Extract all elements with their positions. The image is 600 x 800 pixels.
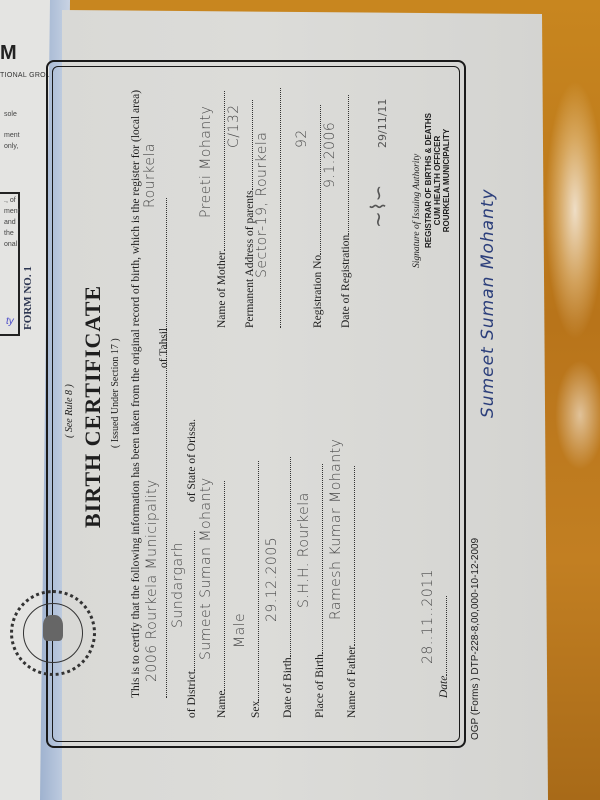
- authority-line: CUM HEALTH OFFICER: [433, 113, 442, 248]
- address-value-line2: Sector-19, Rourkela: [254, 132, 270, 278]
- father-label: Name of Father: [346, 466, 358, 718]
- signature-label: Signature of Issuing Authority: [412, 154, 422, 268]
- issue-date-value: 28..11..2011: [420, 569, 436, 664]
- background-text: ment: [4, 131, 20, 140]
- certificate-title: BIRTH CERTIFICATE: [80, 285, 106, 528]
- sex-label: Sex: [250, 461, 262, 718]
- district-value: Sundargarh: [170, 542, 186, 628]
- official-seal: [10, 590, 96, 676]
- registration-no-value: 92: [294, 129, 310, 148]
- place-of-birth-label: Place of Birth: [314, 464, 326, 718]
- background-text: only,: [4, 142, 18, 151]
- dob-label: Date of Birth: [282, 457, 294, 718]
- address-value-line1: C/132: [226, 104, 242, 148]
- name-label-text: Name: [216, 691, 228, 718]
- see-rule: ( See Rule 8 ): [64, 384, 75, 438]
- sex-label-text: Sex: [250, 701, 262, 718]
- table-glare: [555, 360, 600, 470]
- background-text: ment: [4, 207, 20, 216]
- certify-statement: This is to certify that the following in…: [130, 90, 142, 698]
- form-footer-code: OGP (Forms ) DTP-228-8,00,000-10-12-2009: [470, 538, 481, 740]
- issued-under: ( Issued Under Section 17 ): [110, 338, 121, 448]
- form-number-label: FORM NO. 1: [22, 266, 34, 330]
- place-of-birth-label-text: Place of Birth: [314, 654, 326, 718]
- background-text: the: [4, 229, 14, 238]
- background-logo-subtitle: TIONAL GROU: [0, 72, 51, 79]
- father-label-text: Name of Father: [346, 646, 358, 718]
- background-logo: M: [0, 42, 17, 65]
- mother-value: Preeti Mohanty: [198, 106, 214, 218]
- place-of-birth-value: S.H.H. Rourkela: [296, 492, 312, 608]
- local-area-value: 2006 Rourkela Municipality: [144, 479, 160, 682]
- background-text: ., of: [4, 196, 16, 205]
- registration-no-label-text: Registration No: [312, 255, 324, 328]
- background-text: sole: [4, 110, 17, 119]
- tahsil-label: of Tahsil: [158, 328, 170, 368]
- issuer-signature: ~⌇∽: [366, 185, 390, 228]
- name-label: Name: [216, 481, 228, 718]
- issue-date-label-text: Date: [438, 676, 450, 698]
- district-label: of District: [186, 531, 198, 718]
- mother-label-text: Name of Mother: [216, 251, 228, 328]
- background-handwriting: ty: [6, 316, 14, 327]
- registration-date-label-text: Date of Registration: [340, 235, 352, 328]
- authority-line: ROURKELA MUNICIPALITY: [442, 113, 451, 248]
- owner-signature: Sumeet Suman Mohanty: [478, 188, 498, 418]
- table-glare: [545, 80, 600, 340]
- authority-stamp: REGISTRAR OF BIRTHS & DEATHS CUM HEALTH …: [424, 113, 451, 248]
- district-label-text: of District: [186, 671, 198, 718]
- sex-value: Male: [232, 613, 248, 648]
- background-text: and: [4, 218, 16, 227]
- authority-line: REGISTRAR OF BIRTHS & DEATHS: [424, 113, 433, 248]
- state-label: of State of Orissa.: [186, 419, 198, 502]
- registration-date-label: Date of Registration: [340, 95, 352, 328]
- father-value: Ramesh Kumar Mohanty: [328, 439, 344, 620]
- signature-date: 29/11/11: [376, 99, 389, 148]
- name-value: Sumeet Suman Mohanty: [198, 477, 214, 660]
- address-line2: [272, 88, 284, 328]
- national-emblem-icon: [43, 615, 63, 641]
- background-text: onal: [4, 240, 17, 249]
- dob-label-text: Date of Birth: [282, 657, 294, 718]
- issue-date-label: Date: [438, 596, 450, 698]
- birth-certificate: ( See Rule 8 ) BIRTH CERTIFICATE ( Issue…: [46, 58, 476, 748]
- registration-date-value: 9.1.2006: [322, 122, 338, 188]
- dob-value: 29.12.2005: [264, 537, 280, 622]
- tahsil-value: Rourkela: [142, 143, 158, 208]
